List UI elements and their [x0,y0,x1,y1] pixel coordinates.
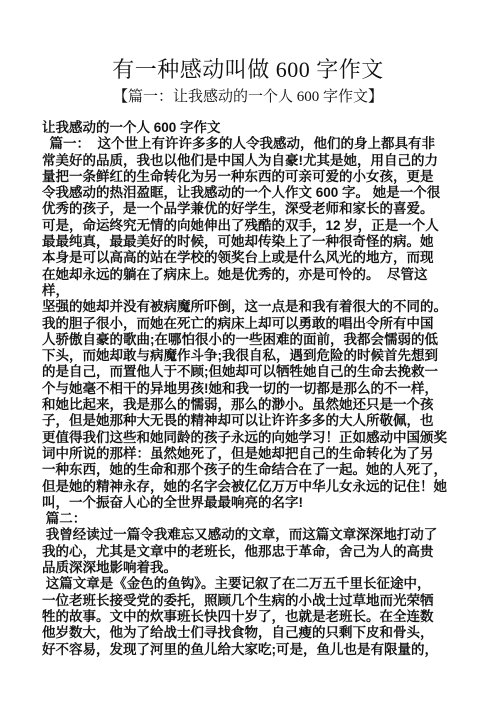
body-line: 我的胆子很小，而她在死亡的病床上却可以勇敢的唱出令所有中国 [42,316,454,332]
body-line: 牲的故事。文中的炊事班长快四十岁了，也就是老班长。在全连数 [42,609,454,625]
body-line: 但是她的精神永存，她的名字会被亿亿万万中华儿女永远的记住！她 [42,479,454,495]
body-line: 我的心，尤其是文章中的老班长，他那忠于革命，舍己为人的高贵 [42,544,454,560]
body-line: 的是自己，而置他人于不顾;但她却可以牺牲她自己的生命去挽救一 [42,364,454,380]
body-line: 在她却永远的躺在了病床上。她是优秀的，亦是可怜的。 尽管这样， [42,267,454,300]
body-line: 叫，一个振奋人心的全世界最最响亮的名字! [42,495,454,511]
body-line: 让我感动的一个人 600 字作文 [42,120,454,136]
body-line: 一位老班长接受党的委托，照顾几个生病的小战士过草地而光荣牺 [42,593,454,609]
body-line: 常美好的品质，我也以他们是中国人为自豪!尤其是她，用自己的力 [42,153,454,169]
body-line: 个与她毫不相干的异地男孩!她和我一切的一切都是那么的不一样， [42,381,454,397]
body-line: 词中所说的那样：虽然她死了，但是她却把自己的生命转化为了另 [42,446,454,462]
body-line: 更值得我们这些和她同龄的孩子永远的向她学习！正如感动中国颁奖 [42,430,454,446]
body-line: 可是，命运终究无情的向她伸出了残酷的双手，12 岁，正是一个人 [42,218,454,234]
body-line: 坚强的她却并没有被病魔所吓倒，这一点是和我有着很大的不同的。 [42,299,454,315]
body-line: 和她比起来，我是那么的懦弱，那么的渺小。虽然她还只是一个孩 [42,397,454,413]
body-line: 优秀的孩子，是一个品学兼优的好学生，深受老师和家长的喜爱。 [42,201,454,217]
body-line: 量把一条鲜红的生命转化为另一种东西的可亲可爱的小女孩，更是 [42,169,454,185]
body-line: 本身是可以高高的站在学校的领奖台上或是什么风光的地方，而现 [42,250,454,266]
body-line: 最最纯真，最最美好的时候，可她却传染上了一种很奇怪的病。她 [42,234,454,250]
body-line: 篇一： 这个世上有许许多多的人令我感动，他们的身上都具有非 [42,136,454,152]
body-line: 令我感动的热泪盈眶，让我感动的一个人作文 600 字。 她是一个很 [42,185,454,201]
document-subtitle: 【篇一：让我感动的一个人 600 字作文】 [0,87,496,107]
body-line: 我曾经读过一篇令我难忘又感动的文章，而这篇文章深深地打动了 [42,527,454,543]
body-line: 好不容易，发现了河里的鱼儿给大家吃;可是，鱼儿也是有限量的， [42,642,454,658]
body-line: 他岁数大，他为了给战士们寻找食物，自己瘦的只剩下皮和骨头， [42,625,454,641]
body-line: 这篇文章是《金色的鱼钩》。主要记叙了在二万五千里长征途中， [42,576,454,592]
body-line: 子，但是她那种大无畏的精神却可以让许许多多的大人所敬佩，也 [42,413,454,429]
document-title: 有一种感动叫做 600 字作文 [0,56,496,84]
document-body: 让我感动的一个人 600 字作文 篇一： 这个世上有许许多多的人令我感动，他们的… [42,120,454,658]
body-line: 一种东西，她的生命和那个孩子的生命结合在了一起。她的人死了， [42,462,454,478]
body-line: 品质深深地影响着我。 [42,560,454,576]
body-line: 下头，而她却敢与病魔作斗争;我很自私，遇到危险的时候首先想到 [42,348,454,364]
body-line: 人骄傲自豪的歌曲;在哪怕很小的一些困难的面前，我都会懦弱的低 [42,332,454,348]
document-page: 有一种感动叫做 600 字作文 【篇一：让我感动的一个人 600 字作文】 让我… [0,0,496,702]
body-line: 篇二： [42,511,454,527]
